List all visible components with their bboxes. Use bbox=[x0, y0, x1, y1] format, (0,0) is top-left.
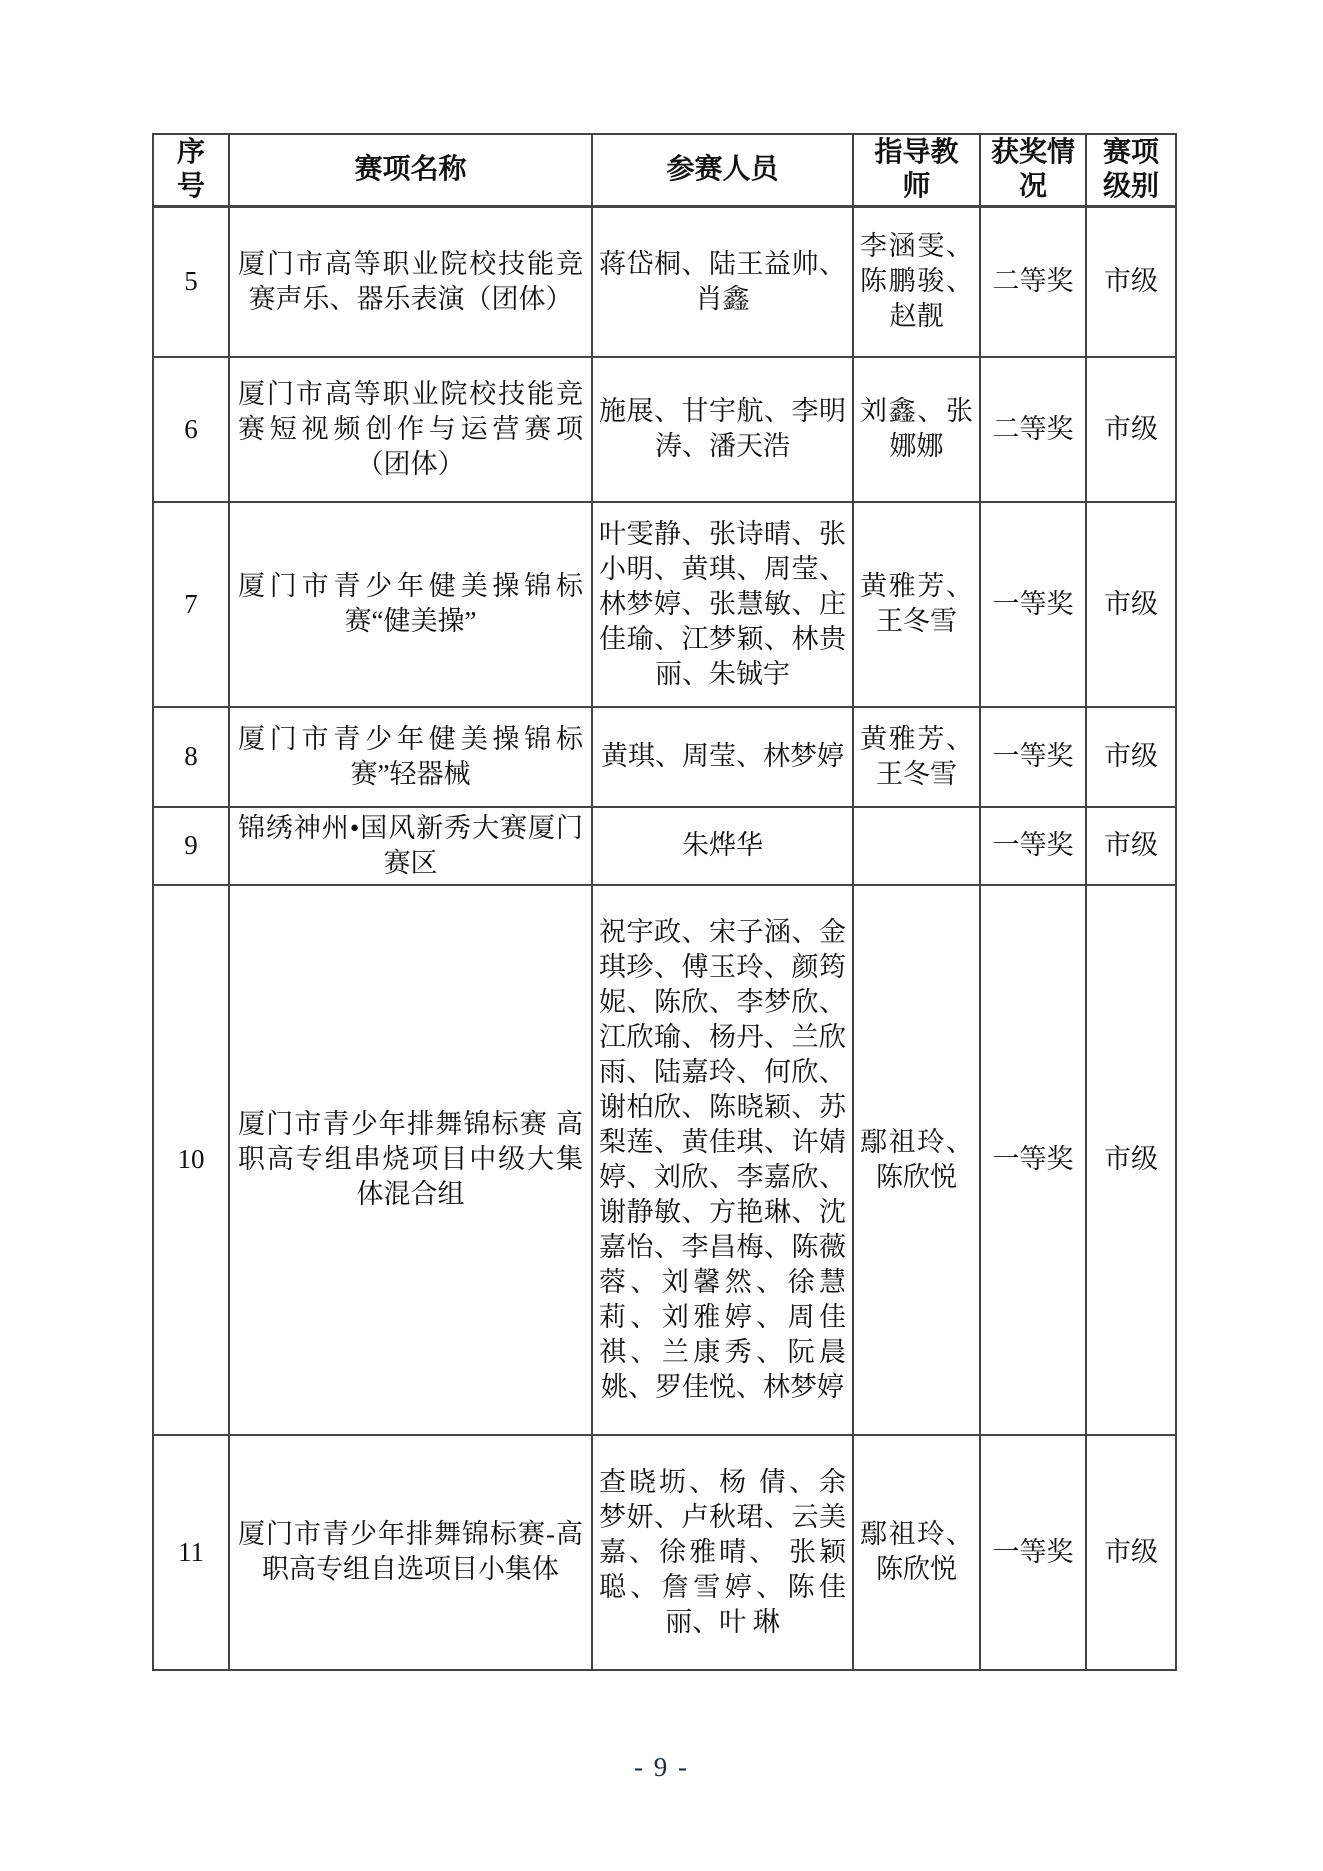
document-page: 序号 赛项名称 参赛人员 指导教师 获奖情况 赛项级别 5 厦门市高等职业院校技… bbox=[0, 0, 1323, 1871]
awards-table: 序号 赛项名称 参赛人员 指导教师 获奖情况 赛项级别 5 厦门市高等职业院校技… bbox=[152, 133, 1177, 1671]
cell-level: 市级 bbox=[1086, 807, 1176, 885]
cell-index: 7 bbox=[153, 502, 229, 707]
cell-participants: 叶雯静、张诗晴、张小明、黄琪、周莹、林梦婷、张慧敏、庄佳瑜、江梦颖、林贵丽、朱铖… bbox=[592, 502, 853, 707]
table-row: 11 厦门市青少年排舞锦标赛-高职高专组自选项目小集体 查晓坜、杨 倩、余梦妍、… bbox=[153, 1435, 1176, 1670]
cell-award: 一等奖 bbox=[980, 807, 1086, 885]
page-number: - 9 - bbox=[0, 1752, 1323, 1783]
cell-competition-name: 厦门市青少年排舞锦标赛-高职高专组自选项目小集体 bbox=[229, 1435, 592, 1670]
cell-competition-name: 锦绣神州•国风新秀大赛厦门赛区 bbox=[229, 807, 592, 885]
cell-index: 8 bbox=[153, 707, 229, 807]
cell-competition-name: 厦门市高等职业院校技能竞赛声乐、器乐表演（团体） bbox=[229, 207, 592, 357]
cell-index: 11 bbox=[153, 1435, 229, 1670]
table-row: 6 厦门市高等职业院校技能竞赛短视频创作与运营赛项（团体） 施展、甘宇航、李明涛… bbox=[153, 357, 1176, 502]
table-row: 7 厦门市青少年健美操锦标赛“健美操” 叶雯静、张诗晴、张小明、黄琪、周莹、林梦… bbox=[153, 502, 1176, 707]
cell-level: 市级 bbox=[1086, 502, 1176, 707]
cell-index: 6 bbox=[153, 357, 229, 502]
cell-participants: 查晓坜、杨 倩、余梦妍、卢秋珺、云美嘉、徐雅晴、 张颖聪、詹雪婷、陈佳丽、叶 琳 bbox=[592, 1435, 853, 1670]
cell-teachers bbox=[853, 807, 980, 885]
cell-competition-name: 厦门市青少年排舞锦标赛 高职高专组串烧项目中级大集体混合组 bbox=[229, 885, 592, 1435]
cell-level: 市级 bbox=[1086, 885, 1176, 1435]
col-header-participants: 参赛人员 bbox=[592, 134, 853, 207]
cell-level: 市级 bbox=[1086, 1435, 1176, 1670]
cell-teachers: 李涵雯、陈鹏骏、赵靓 bbox=[853, 207, 980, 357]
header-row: 序号 赛项名称 参赛人员 指导教师 获奖情况 赛项级别 bbox=[153, 134, 1176, 207]
cell-competition-name: 厦门市高等职业院校技能竞赛短视频创作与运营赛项（团体） bbox=[229, 357, 592, 502]
col-header-award: 获奖情况 bbox=[980, 134, 1086, 207]
cell-level: 市级 bbox=[1086, 207, 1176, 357]
col-header-teachers: 指导教师 bbox=[853, 134, 980, 207]
col-header-competition-name: 赛项名称 bbox=[229, 134, 592, 207]
cell-teachers: 黄雅芳、王冬雪 bbox=[853, 707, 980, 807]
cell-award: 一等奖 bbox=[980, 707, 1086, 807]
cell-award: 一等奖 bbox=[980, 1435, 1086, 1670]
col-header-level: 赛项级别 bbox=[1086, 134, 1176, 207]
cell-teachers: 鄢祖玲、陈欣悦 bbox=[853, 885, 980, 1435]
table-row: 9 锦绣神州•国风新秀大赛厦门赛区 朱烨华 一等奖 市级 bbox=[153, 807, 1176, 885]
cell-index: 10 bbox=[153, 885, 229, 1435]
cell-teachers: 鄢祖玲、陈欣悦 bbox=[853, 1435, 980, 1670]
cell-award: 二等奖 bbox=[980, 207, 1086, 357]
cell-participants: 祝宇政、宋子涵、金琪珍、傅玉玲、颜筠妮、陈欣、李梦欣、江欣瑜、杨丹、兰欣雨、陆嘉… bbox=[592, 885, 853, 1435]
cell-participants: 朱烨华 bbox=[592, 807, 853, 885]
cell-level: 市级 bbox=[1086, 707, 1176, 807]
cell-participants: 黄琪、周莹、林梦婷 bbox=[592, 707, 853, 807]
cell-competition-name: 厦门市青少年健美操锦标赛”轻器械 bbox=[229, 707, 592, 807]
table-row: 8 厦门市青少年健美操锦标赛”轻器械 黄琪、周莹、林梦婷 黄雅芳、王冬雪 一等奖… bbox=[153, 707, 1176, 807]
cell-award: 一等奖 bbox=[980, 885, 1086, 1435]
cell-competition-name: 厦门市青少年健美操锦标赛“健美操” bbox=[229, 502, 592, 707]
cell-teachers: 黄雅芳、王冬雪 bbox=[853, 502, 980, 707]
table-row: 5 厦门市高等职业院校技能竞赛声乐、器乐表演（团体） 蒋岱桐、陆王益帅、肖鑫 李… bbox=[153, 207, 1176, 357]
cell-participants: 施展、甘宇航、李明涛、潘天浩 bbox=[592, 357, 853, 502]
cell-index: 5 bbox=[153, 207, 229, 357]
cell-teachers: 刘鑫、张娜娜 bbox=[853, 357, 980, 502]
cell-level: 市级 bbox=[1086, 357, 1176, 502]
table-row: 10 厦门市青少年排舞锦标赛 高职高专组串烧项目中级大集体混合组 祝宇政、宋子涵… bbox=[153, 885, 1176, 1435]
cell-award: 一等奖 bbox=[980, 502, 1086, 707]
cell-index: 9 bbox=[153, 807, 229, 885]
cell-award: 二等奖 bbox=[980, 357, 1086, 502]
col-header-index: 序号 bbox=[153, 134, 229, 207]
cell-participants: 蒋岱桐、陆王益帅、肖鑫 bbox=[592, 207, 853, 357]
